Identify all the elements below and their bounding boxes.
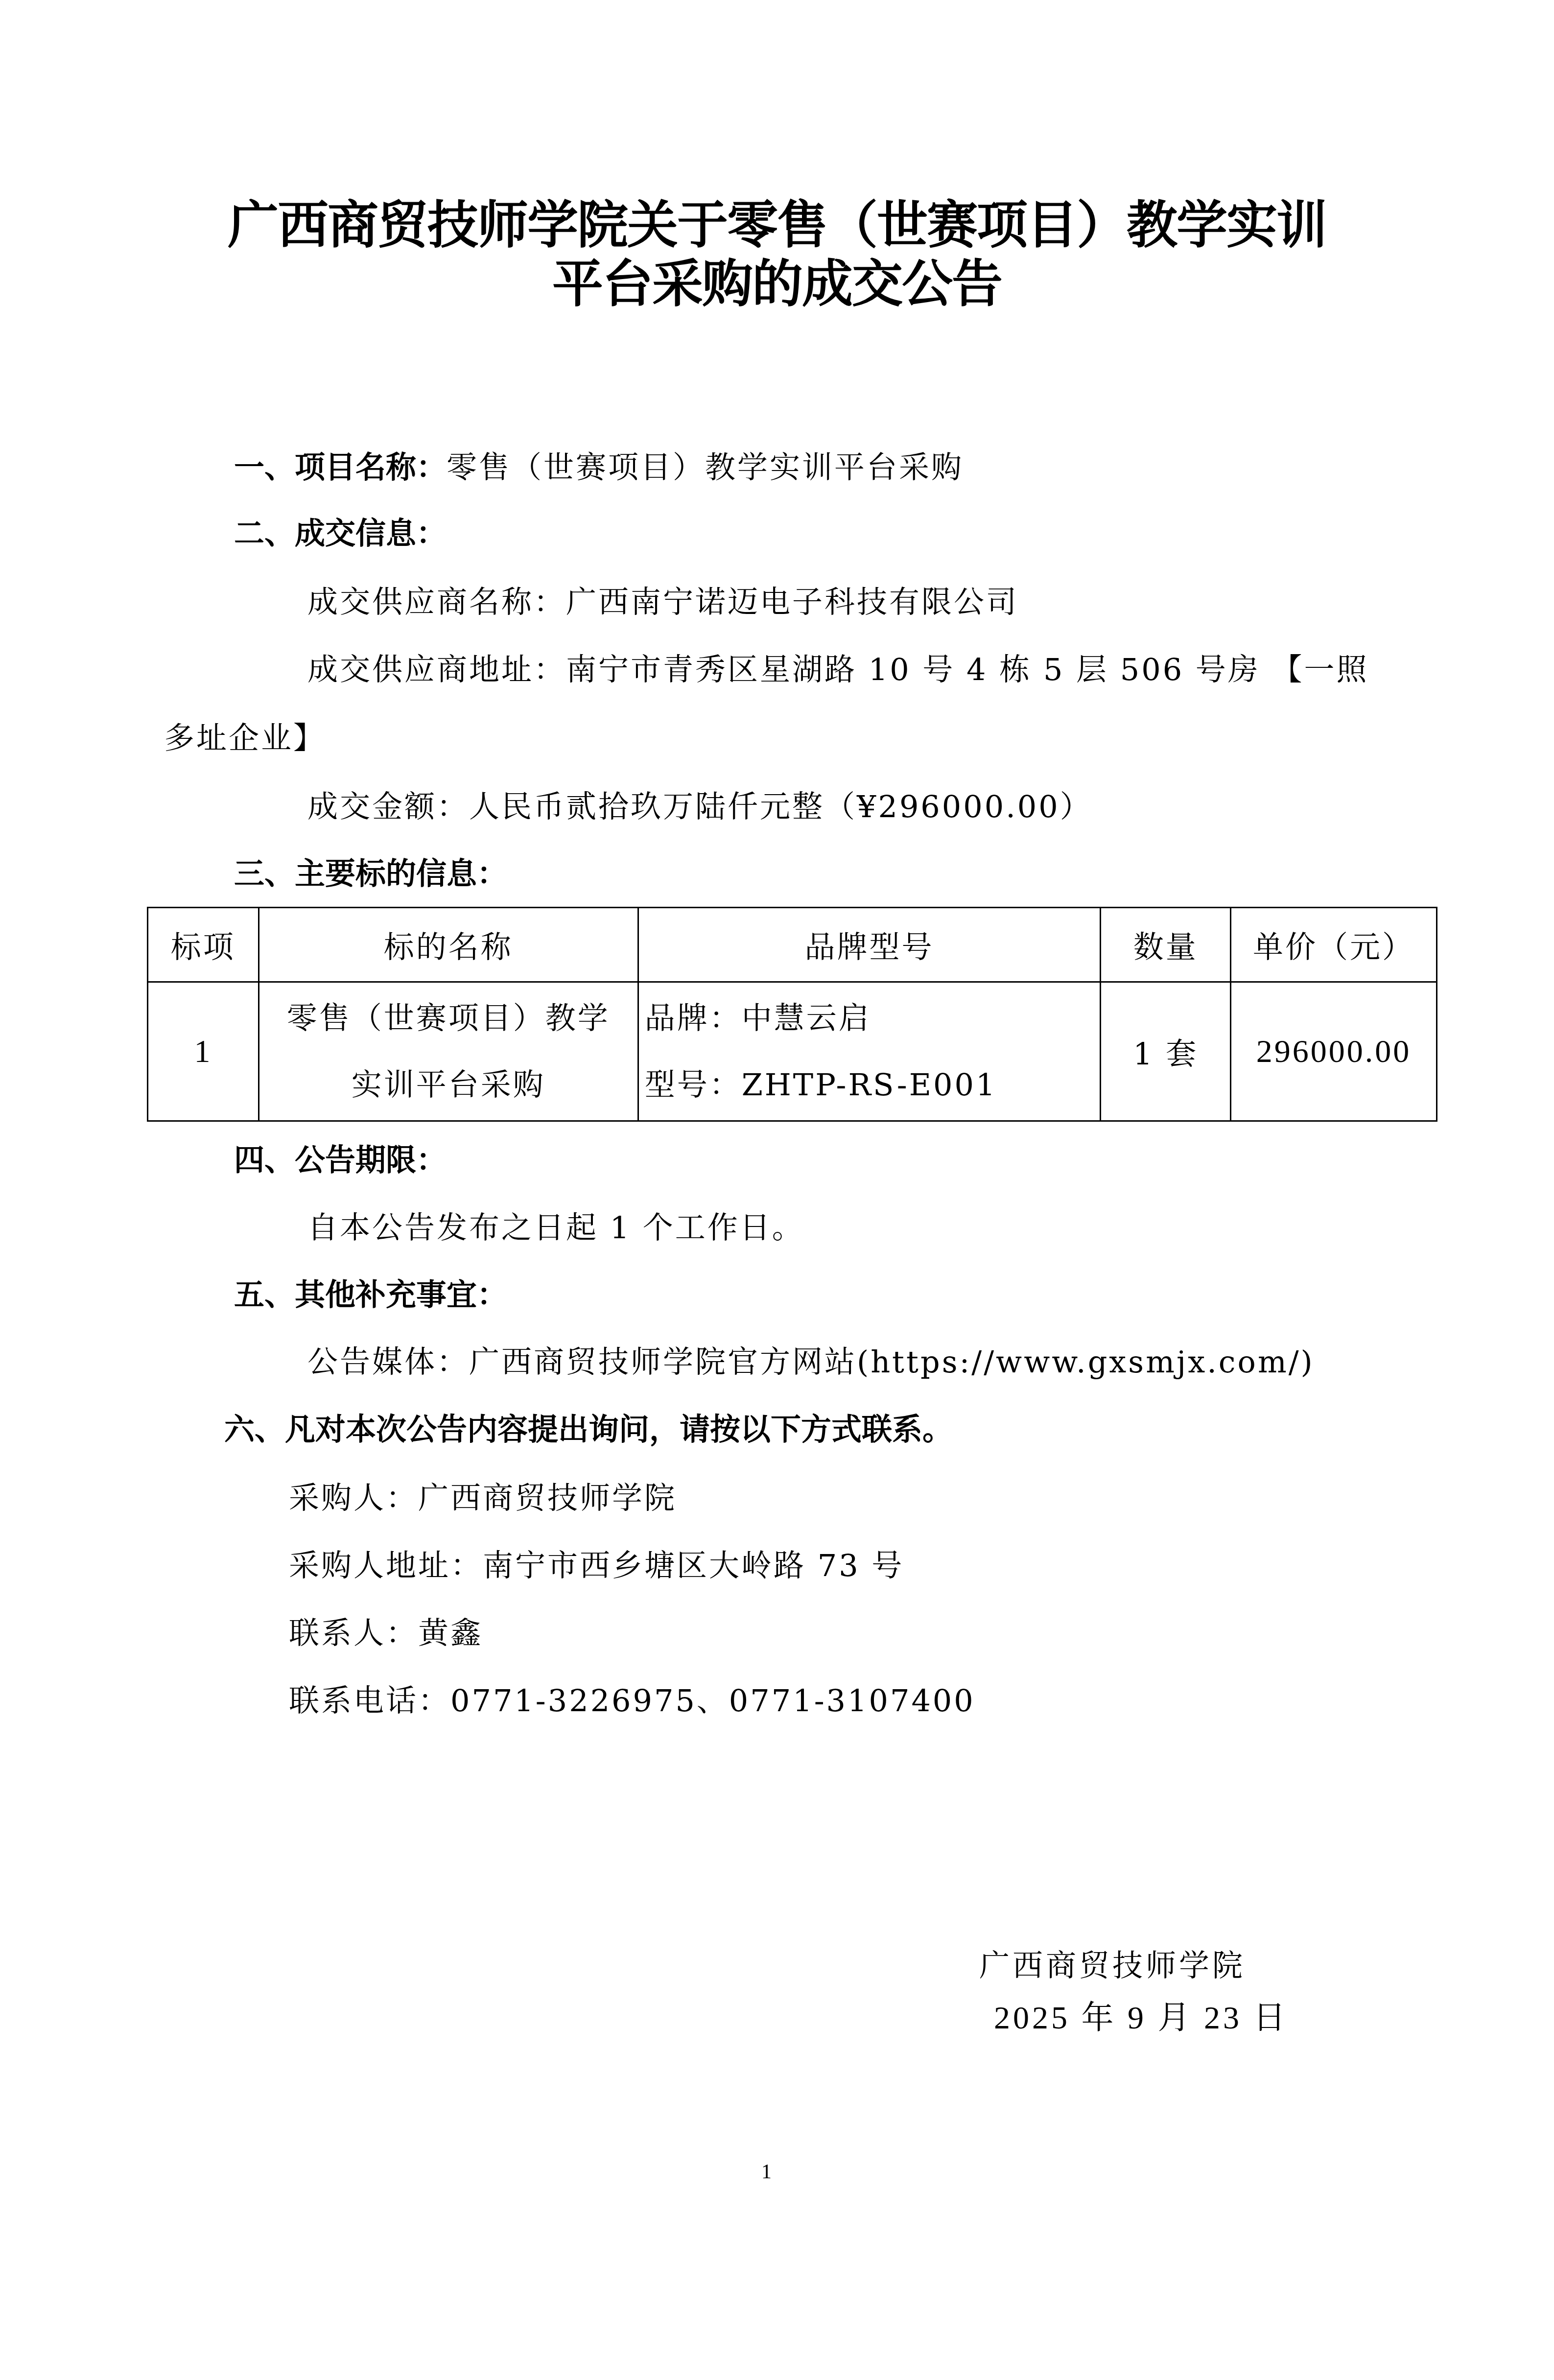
deal-amount-label: 成交金额： (307, 789, 469, 825)
table-header-row: 标项 标的名称 品牌型号 数量 单价（元） (148, 908, 1437, 982)
announcement-media-text: 公告媒体：广西商贸技师学院官方网站(https://www.gxsmjx.com… (307, 1343, 1315, 1382)
supplier-address-value: 南宁市青秀区星湖路 10 号 4 栋 5 层 506 号房 【一照 (566, 652, 1369, 687)
section-contact-heading: 六、凡对本次公告内容提出询问，请按以下方式联系。 (224, 1410, 953, 1449)
item-name-line-2: 实训平台采购 (265, 1052, 632, 1118)
cell-item-name: 零售（世赛项目）教学 实训平台采购 (259, 982, 638, 1121)
section-heading: 一、项目名称： (234, 449, 447, 485)
contact-phone: 联系电话：0771-3226975、0771-3107400 (289, 1681, 975, 1720)
supplier-name-value: 广西南宁诺迈电子科技有限公司 (566, 584, 1018, 620)
signature-date: 2025 年 9 月 23 日 (994, 1999, 1289, 2038)
section-deal-info-heading: 二、成交信息： (234, 514, 447, 553)
cell-item-no: 1 (148, 982, 259, 1121)
cell-quantity: 1 套 (1101, 982, 1231, 1121)
document-title-line-2: 平台采购的成交公告 (0, 252, 1554, 316)
column-header-brand-model: 品牌型号 (638, 908, 1101, 982)
table-row: 1 零售（世赛项目）教学 实训平台采购 品牌：中慧云启 型号：ZHTP-RS-E… (148, 982, 1437, 1121)
deal-amount-value: 人民币贰拾玖万陆仟元整（¥296000.00） (469, 789, 1092, 825)
column-header-item-name: 标的名称 (259, 908, 638, 982)
purchaser-address: 采购人地址：南宁市西乡塘区大岭路 73 号 (289, 1546, 904, 1585)
brand-value: 品牌：中慧云启 (645, 985, 1094, 1052)
document-title-line-1: 广西商贸技师学院关于零售（世赛项目）教学实训 (0, 193, 1554, 257)
model-value: 型号：ZHTP-RS-E001 (645, 1052, 1094, 1118)
announcement-period-text: 自本公告发布之日起 1 个工作日。 (307, 1208, 804, 1248)
items-table: 标项 标的名称 品牌型号 数量 单价（元） 1 零售（世赛项目）教学 实训平台采… (147, 907, 1437, 1122)
section-project-name: 一、项目名称：零售（世赛项目）教学实训平台采购 (234, 448, 964, 487)
cell-unit-price: 296000.00 (1231, 982, 1437, 1121)
page-number: 1 (761, 2160, 772, 2184)
column-header-item-no: 标项 (148, 908, 259, 982)
item-name-line-1: 零售（世赛项目）教学 (265, 985, 632, 1052)
contact-person: 联系人：黄鑫 (289, 1614, 483, 1653)
column-header-quantity: 数量 (1101, 908, 1231, 982)
section-announcement-period-heading: 四、公告期限： (234, 1141, 447, 1180)
cell-brand-model: 品牌：中慧云启 型号：ZHTP-RS-E001 (638, 982, 1101, 1121)
section-main-items-heading: 三、主要标的信息： (234, 854, 507, 894)
supplier-address: 成交供应商地址：南宁市青秀区星湖路 10 号 4 栋 5 层 506 号房 【一… (307, 650, 1369, 689)
purchaser: 采购人：广西商贸技师学院 (289, 1479, 677, 1518)
supplier-address-label: 成交供应商地址： (307, 652, 566, 687)
section-other-matters-heading: 五、其他补充事宜： (234, 1275, 507, 1315)
supplier-address-continued: 多址企业】 (164, 719, 326, 758)
column-header-unit-price: 单价（元） (1231, 908, 1437, 982)
signature-organization: 广西商贸技师学院 (979, 1946, 1246, 1985)
supplier-name: 成交供应商名称：广西南宁诺迈电子科技有限公司 (307, 583, 1018, 622)
project-name-value: 零售（世赛项目）教学实训平台采购 (447, 449, 964, 485)
deal-amount: 成交金额：人民币贰拾玖万陆仟元整（¥296000.00） (307, 787, 1092, 826)
supplier-name-label: 成交供应商名称： (307, 584, 566, 620)
